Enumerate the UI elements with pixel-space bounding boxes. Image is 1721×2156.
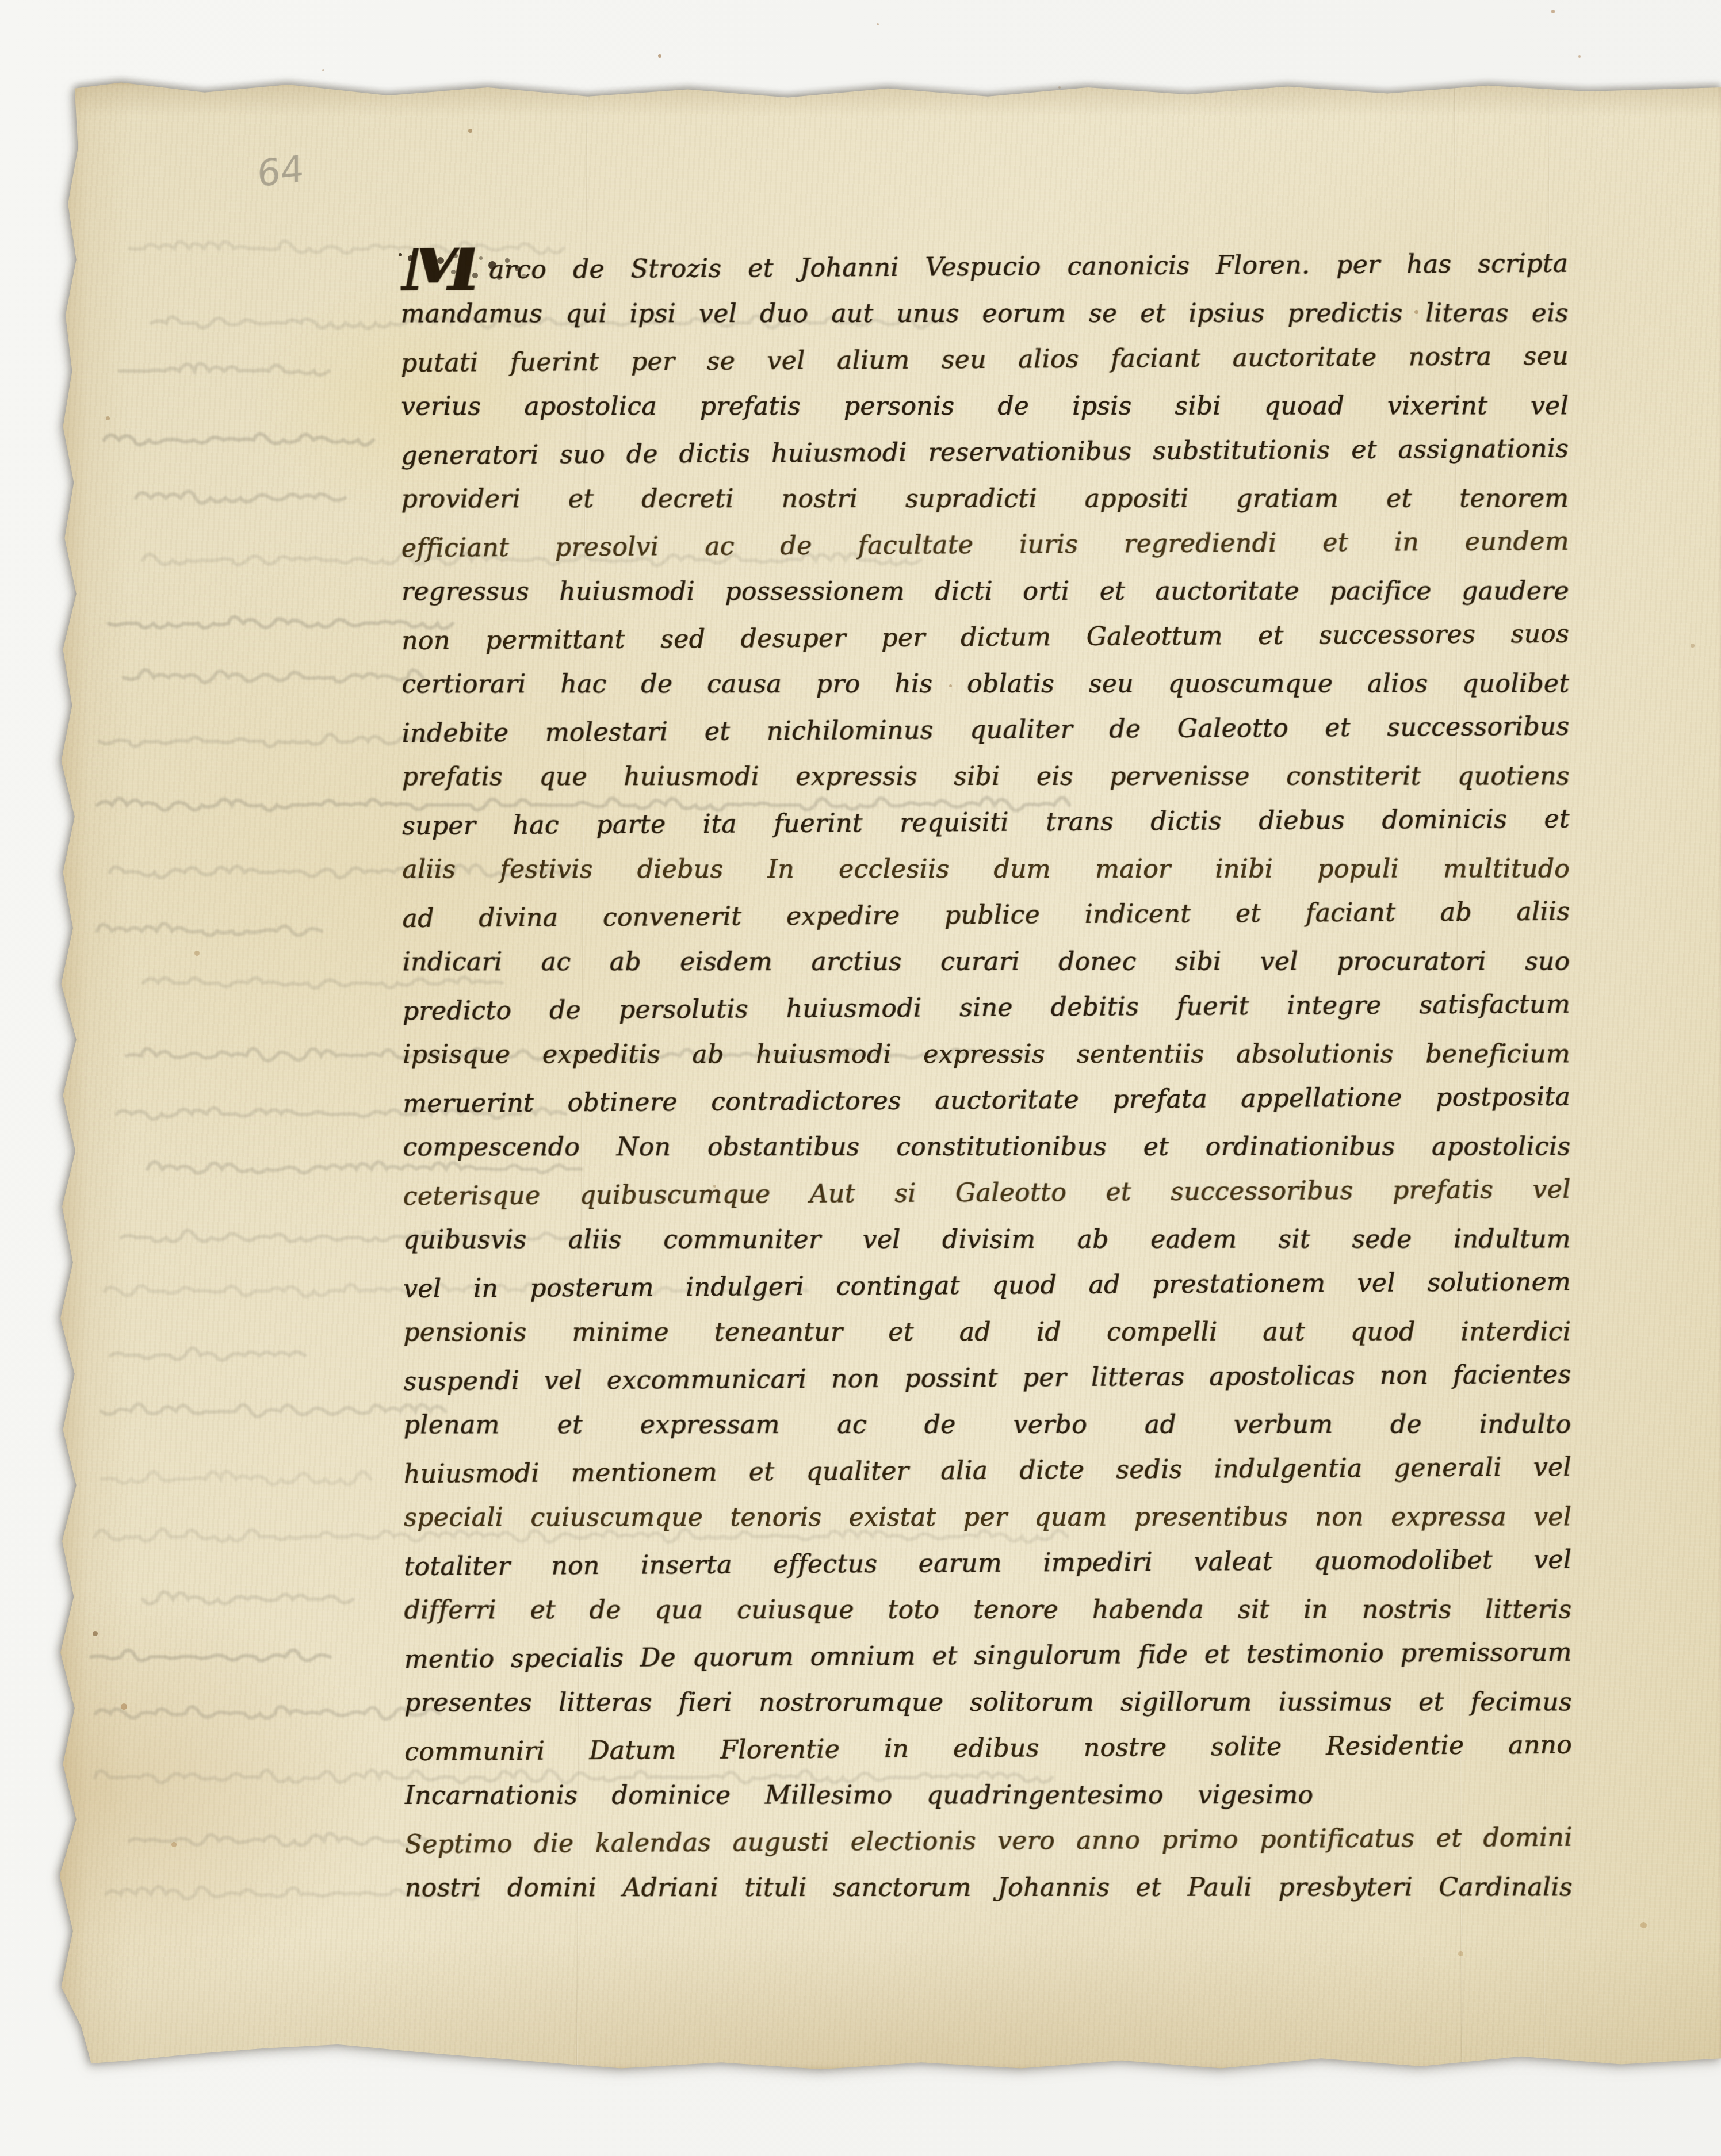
text-line: predicto de persolutis huiusmodi sine de… <box>402 982 1570 1035</box>
bleedthrough-line <box>120 659 434 694</box>
text-line: certiorari hac de causa pro his oblatis … <box>401 661 1569 708</box>
text-line: quibusvis aliis communiter vel divisim a… <box>403 1216 1571 1263</box>
text-line: provideri et decreti nostri supradicti a… <box>401 476 1569 523</box>
bleedthrough-line <box>94 913 332 947</box>
text-line: efficiant presolvi ac de facultate iuris… <box>401 519 1569 572</box>
bleedthrough-line <box>98 1461 378 1495</box>
page-shadow: 64 Marco de Strozis et Johanni Vespucio … <box>0 0 1721 2156</box>
text-line: Incarnationis dominice Millesimo quadrin… <box>404 1772 1313 1819</box>
bleedthrough-line <box>92 1695 454 1730</box>
initial-letter: M <box>400 241 482 294</box>
bleedthrough-line <box>126 1822 434 1857</box>
foxing-specks <box>55 81 58 83</box>
text-line: non permittant sed desuper per dictum Ga… <box>401 611 1569 665</box>
text-line: regressus huiusmodi possessionem dicti o… <box>401 568 1569 615</box>
ink-splatter <box>399 253 402 256</box>
text-line: mentio specialis De quorum omnium et sin… <box>404 1630 1571 1683</box>
scanner-background: 64 Marco de Strozis et Johanni Vespucio … <box>0 0 1721 2156</box>
text-line: communiri Datum Florentie in edibus nost… <box>404 1722 1572 1776</box>
text-line: ceterisque quibuscumque Aut si Galeotto … <box>403 1167 1570 1220</box>
text-line: indebite molestari et nichilominus quali… <box>401 704 1569 757</box>
text-line: ad divina convenerit expedire publice in… <box>402 889 1570 943</box>
text-line: totaliter non inserta effectus earum imp… <box>404 1537 1571 1591</box>
text-line: generatori suo de dictis huiusmodi reser… <box>401 426 1569 480</box>
text-line: meruerint obtinere contradictores auctor… <box>403 1074 1570 1128</box>
text-line: compescendo Non obstantibus constitution… <box>403 1124 1570 1171</box>
text-line: suspendi vel excommunicari non possint p… <box>403 1352 1571 1406</box>
manuscript-text: Marco de Strozis et Johanni Vespucio can… <box>400 243 1573 1912</box>
text-line: pensionis minime teneantur et ad id comp… <box>403 1309 1571 1356</box>
text-line: super hac parte ita fuerint requisiti tr… <box>402 796 1570 850</box>
text-line: huiusmodi mentionem et qualiter alia dic… <box>404 1445 1571 1498</box>
bleedthrough-line <box>107 1337 316 1372</box>
text-line: verius apostolica prefatis personis de i… <box>401 383 1569 430</box>
text-line: aliis festivis diebus In ecclesiis dum m… <box>402 846 1570 893</box>
bleedthrough-line <box>95 723 438 757</box>
text-line: presentes litteras fieri nostrorumque so… <box>404 1679 1572 1726</box>
text-line: vel in posterum indulgeri contingat quod… <box>403 1259 1571 1313</box>
text-line: prefatis que huiusmodi expressis sibi ei… <box>402 753 1570 801</box>
text-line: speciali cuiuscumque tenoris existat per… <box>404 1494 1571 1541</box>
bleedthrough-line <box>101 422 386 456</box>
text-line: Septimo die kalendas augusti electionis … <box>404 1815 1572 1868</box>
text-line: ipsisque expeditis ab huiusmodi expressi… <box>403 1031 1570 1078</box>
bleedthrough-line <box>116 353 337 387</box>
manuscript-page: 64 Marco de Strozis et Johanni Vespucio … <box>55 81 1721 2070</box>
text-line: plenam et expressam ac de verbo ad verbu… <box>404 1401 1571 1449</box>
text-line: Marco de Strozis et Johanni Vespucio can… <box>400 241 1568 294</box>
text-line: putati fuerint per se vel alium seu alio… <box>401 334 1569 387</box>
text-line: nostri domini Adriani tituli sanctorum J… <box>405 1864 1573 1912</box>
bleedthrough-line <box>132 480 354 514</box>
bleedthrough-line <box>87 1638 334 1673</box>
text-line: indicari ac ab eisdem arctius curari don… <box>402 939 1570 986</box>
text-line: differri et de qua cuiusque toto tenore … <box>404 1587 1571 1634</box>
bleedthrough-line <box>140 1581 357 1615</box>
text-line: mandamus qui ipsi vel duo aut unus eorum… <box>401 290 1569 338</box>
